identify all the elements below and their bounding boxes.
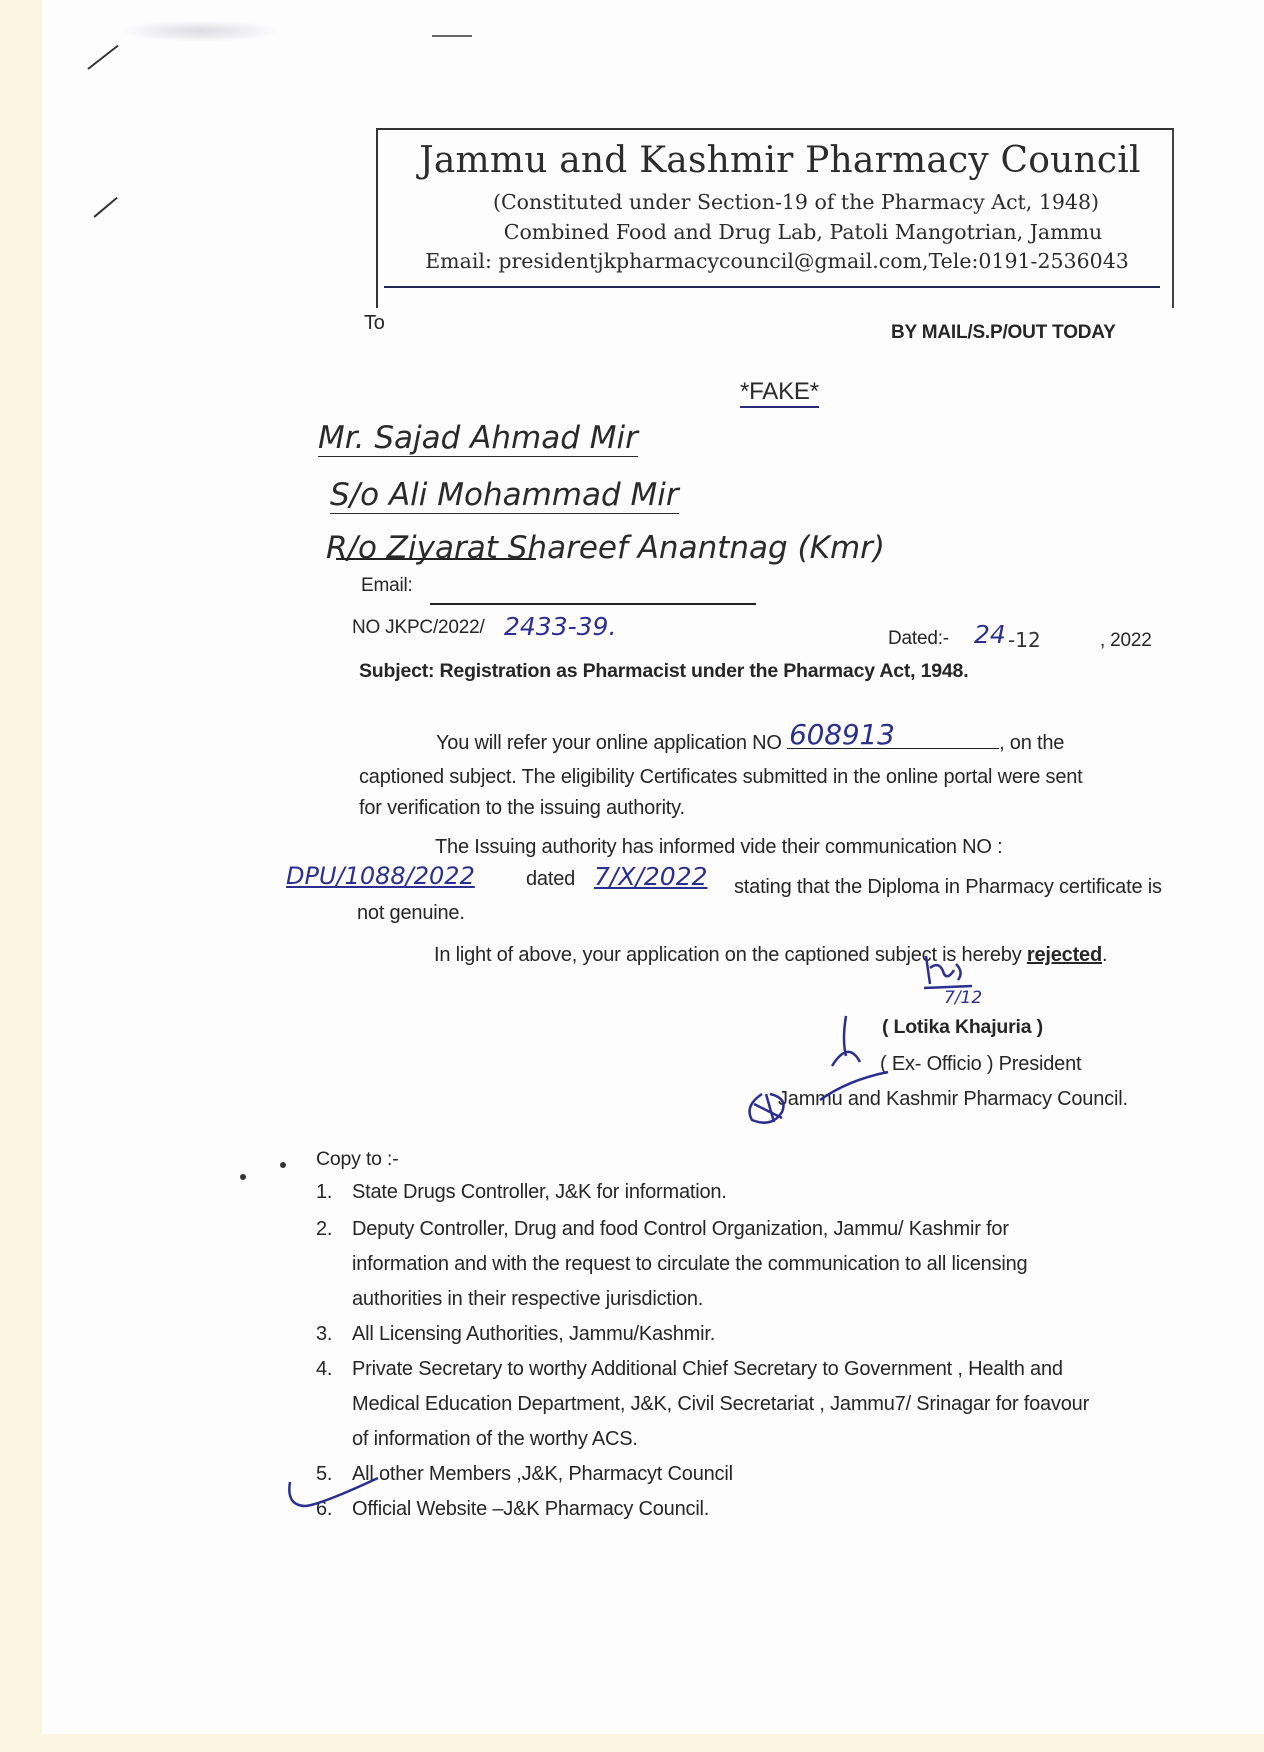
copy-to-item: 4.Private Secretary to worthy Additional… [312,1352,1242,1457]
dated-month: -12 [1008,628,1041,652]
margin-mark [87,45,118,70]
subject-line: Subject: Registration as Pharmacist unde… [359,660,968,683]
addressee-parent-text: S/o Ali Mohammad Mir [330,477,679,514]
body-p2-line1: The Issuing authority has informed vide … [435,836,1002,859]
letterhead-box: Jammu and Kashmir Pharmacy Council (Cons… [376,128,1174,308]
item-text: information and with the request to circ… [352,1253,1027,1275]
copy-to-item: 2.Deputy Controller, Drug and food Contr… [312,1212,1242,1317]
scan-edge-left [0,0,42,1752]
signature-scribble [738,1010,898,1130]
council-title: Jammu and Kashmir Pharmacy Council [378,140,1172,181]
body-p3: In light of above, your application on t… [434,944,1107,967]
reference-number: 2433-39. [504,612,616,641]
item-number: 3. [316,1317,332,1352]
communication-date: 7/X/2022 [594,862,708,891]
body-p2-line2-end: stating that the Diploma in Pharmacy cer… [734,876,1162,899]
dated-year: , 2022 [1100,630,1152,652]
item-text: All other Members ,J&K, Pharmacyt Counci… [352,1463,733,1485]
item-number: 1. [316,1175,332,1210]
copy-to-item: 1.State Drugs Controller, J&K for inform… [312,1175,1242,1210]
application-number-value: 608913 [789,718,895,751]
copy-to-heading: Copy to :- [316,1148,399,1171]
item-text: All Licensing Authorities, Jammu/Kashmir… [352,1323,715,1345]
addressee-name-text: Mr. Sajad Ahmad Mir [318,420,638,457]
address-line: Combined Food and Drug Lab, Patoli Mango… [378,220,1172,244]
addressee-address-text: R/o Ziyarat Shareef Anantnag (Kmr) [326,530,885,566]
fake-stamp: *FAKE* [740,378,819,408]
scan-edge-bottom [0,1734,1264,1752]
body-p1-line2: captioned subject. The eligibility Certi… [359,766,1083,789]
address-underline [336,558,536,560]
dispatch-note: BY MAIL/S.P/OUT TODAY [891,322,1116,344]
body-p1-line1: You will refer your online application N… [436,728,1064,755]
signatory-designation: ( Ex- Officio ) President [880,1053,1081,1076]
copy-to-item: 5.All other Members ,J&K, Pharmacyt Coun… [312,1457,1242,1492]
addressee-parent: S/o Ali Mohammad Mir [330,475,679,513]
constitution-line: (Constituted under Section-19 of the Pha… [378,190,1172,214]
contact-line: Email: presidentjkpharmacycouncil@gmail.… [378,249,1172,273]
copy-to-item: 6.Official Website –J&K Pharmacy Council… [312,1492,1242,1527]
dated-label: Dated:- [888,628,949,650]
item-number: 2. [316,1212,332,1247]
dated-word: dated [526,868,575,891]
application-number: 608913 [787,728,999,749]
initials-scribble [918,950,978,1000]
bullet-marker [240,1174,246,1180]
reference-prefix: NO JKPC/2022/ [352,617,485,639]
margin-mark [432,35,472,37]
addressee-name: Mr. Sajad Ahmad Mir [318,418,638,456]
item-text: of information of the worthy ACS. [352,1428,638,1450]
body-p3-end: . [1102,944,1107,966]
copy-to-list: 1.State Drugs Controller, J&K for inform… [312,1175,1242,1527]
dated-day: 24 [974,620,1006,649]
item-text: State Drugs Controller, J&K for informat… [352,1181,727,1203]
body-p1-line3: for verification to the issuing authorit… [359,797,685,820]
bullet-marker [280,1162,286,1168]
item-text: Private Secretary to worthy Additional C… [352,1358,1063,1380]
margin-mark [94,197,118,217]
rejected-word: rejected [1027,944,1102,966]
email-label: Email: [361,575,413,597]
item-number: 4. [316,1352,332,1387]
item-text: Official Website –J&K Pharmacy Council. [352,1498,709,1520]
item-text: Medical Education Department, J&K, Civil… [352,1393,1089,1415]
email-blank-line [430,603,756,605]
body-p1-start: You will refer your online application N… [436,732,782,754]
to-label: To [364,312,385,335]
scan-smudge [120,20,280,42]
check-mark [282,1476,402,1516]
letterhead-rule [384,286,1160,288]
copy-to-item: 3.All Licensing Authorities, Jammu/Kashm… [312,1317,1242,1352]
item-text: Deputy Controller, Drug and food Control… [352,1218,1009,1240]
addressee-address: R/o Ziyarat Shareef Anantnag (Kmr) [326,528,885,566]
signatory-name: ( Lotika Khajuria ) [882,1016,1043,1039]
body-p1-end: , on the [999,732,1064,754]
item-text: authorities in their respective jurisdic… [352,1288,703,1310]
body-p2-line3: not genuine. [357,902,465,925]
communication-number: DPU/1088/2022 [286,862,475,890]
